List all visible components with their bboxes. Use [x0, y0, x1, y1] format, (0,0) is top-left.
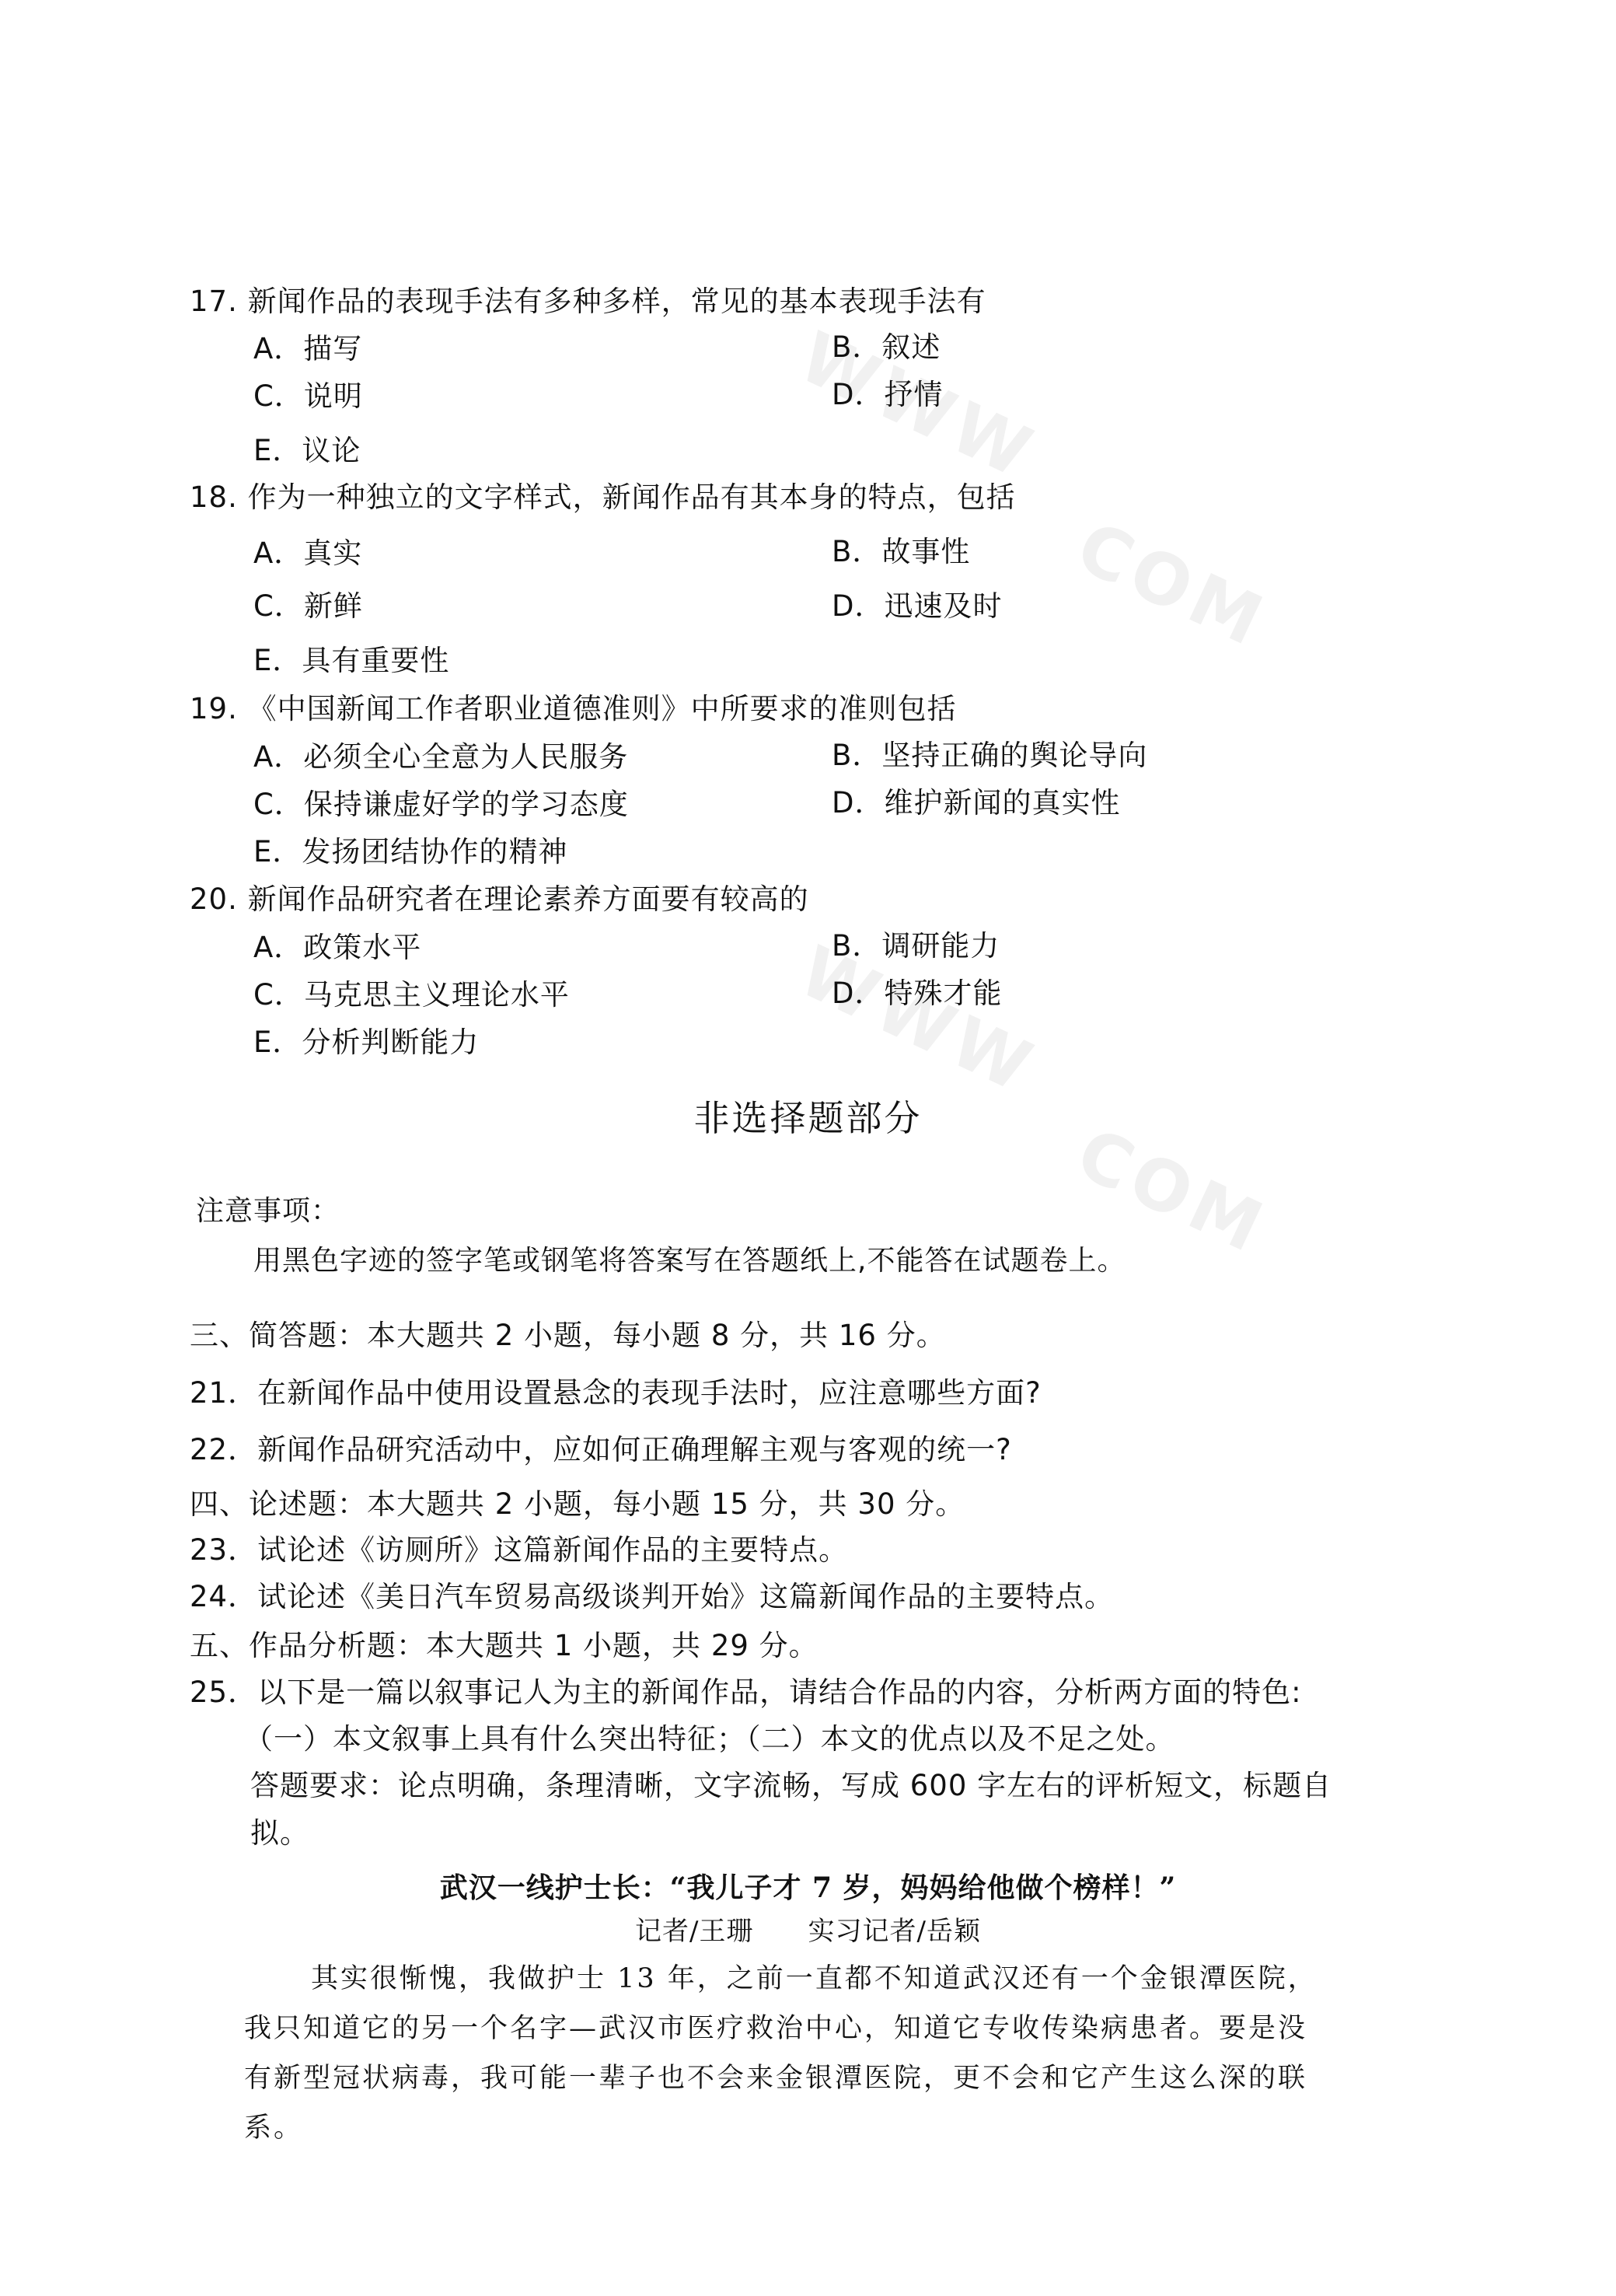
question-text: 作为一种独立的文字样式，新闻作品有其本身的特点，包括: [248, 481, 1016, 514]
question-22: 22．新闻作品研究活动中，应如何正确理解主观与客观的统一?: [190, 1433, 1012, 1467]
question-25-line-3: 答题要求：论点明确，条理清晰，文字流畅，写成 600 字左右的评析短文，标题自: [250, 1769, 1332, 1803]
article-byline: 记者/王珊 实习记者/岳颖: [0, 1915, 1616, 1948]
article-line: 有新型冠状病毒，我可能一辈子也不会来金银潭医院，更不会和它产生这么深的联: [244, 2062, 1307, 2095]
option-c: C．马克思主义理论水平: [253, 978, 570, 1012]
option-d: D．维护新闻的真实性: [832, 786, 1121, 820]
section-title: 非选择题部分: [0, 1096, 1616, 1140]
question-number: 19.: [190, 692, 238, 725]
option-b: B．坚持正确的舆论导向: [832, 739, 1147, 773]
option-e: E．议论: [253, 434, 361, 468]
option-d: D．特殊才能: [832, 977, 1003, 1011]
question-number: 18.: [190, 481, 238, 514]
option-b: B．叙述: [832, 330, 941, 365]
question-25-line-4: 拟。: [250, 1816, 309, 1850]
question-text: 《中国新闻工作者职业道德准则》中所要求的准则包括: [248, 692, 957, 725]
watermark: COM: [1065, 506, 1280, 664]
option-e: E．具有重要性: [253, 644, 449, 678]
option-d: D．抒情: [832, 378, 944, 412]
question-24: 24．试论述《美日汽车贸易高级谈判开始》这篇新闻作品的主要特点。: [190, 1580, 1114, 1614]
section-5-header: 五、作品分析题：本大题共 1 小题，共 29 分。: [190, 1629, 818, 1663]
exam-page: WWW COM WWW COM 17. 新闻作品的表现手法有多种多样，常见的基本…: [0, 0, 1616, 2296]
notice-label: 注意事项：: [196, 1194, 340, 1228]
option-e: E．分析判断能力: [253, 1026, 479, 1060]
notice-text: 用黑色字迹的签字笔或钢笔将答案写在答题纸上,不能答在试题卷上。: [253, 1244, 1126, 1278]
article-line: 其实很惭愧，我做护士 13 年，之前一直都不知道武汉还有一个金银潭医院，: [311, 1962, 1318, 1995]
article-line: 我只知道它的另一个名字—武汉市医疗救治中心，知道它专收传染病患者。要是没: [244, 2012, 1307, 2045]
option-c: C．说明: [253, 379, 363, 414]
option-c: C．新鲜: [253, 589, 363, 624]
question-21: 21．在新闻作品中使用设置悬念的表现手法时，应注意哪些方面?: [190, 1376, 1042, 1410]
question-18: 18. 作为一种独立的文字样式，新闻作品有其本身的特点，包括: [190, 481, 1016, 515]
option-e: E．发扬团结协作的精神: [253, 835, 567, 869]
question-25-line-1: 25．以下是一篇以叙事记人为主的新闻作品，请结合作品的内容，分析两方面的特色:: [190, 1676, 1302, 1710]
article-title: 武汉一线护士长：“我儿子才 7 岁，妈妈给他做个榜样！”: [0, 1871, 1616, 1905]
section-4-header: 四、论述题：本大题共 2 小题，每小题 15 分，共 30 分。: [190, 1487, 965, 1522]
option-b: B．调研能力: [832, 929, 1000, 963]
option-a: A．描写: [253, 332, 362, 366]
option-c: C．保持谦虚好学的学习态度: [253, 788, 629, 822]
question-number: 17.: [190, 285, 238, 318]
section-3-header: 三、简答题：本大题共 2 小题，每小题 8 分，共 16 分。: [190, 1319, 946, 1353]
option-b: B．故事性: [832, 535, 970, 569]
question-23: 23．试论述《访厕所》这篇新闻作品的主要特点。: [190, 1533, 848, 1567]
option-a: A．政策水平: [253, 931, 421, 965]
question-25-line-2: （一）本文叙事上具有什么突出特征；（二）本文的优点以及不足之处。: [244, 1722, 1175, 1756]
question-20: 20. 新闻作品研究者在理论素养方面要有较高的: [190, 882, 809, 917]
article-line: 系。: [244, 2112, 303, 2144]
question-number: 20.: [190, 882, 238, 916]
option-d: D．迅速及时: [832, 589, 1003, 624]
option-a: A．必须全心全意为人民服务: [253, 740, 628, 774]
question-17: 17. 新闻作品的表现手法有多种多样，常见的基本表现手法有: [190, 285, 986, 319]
question-19: 19. 《中国新闻工作者职业道德准则》中所要求的准则包括: [190, 692, 957, 726]
option-a: A．真实: [253, 536, 362, 571]
question-text: 新闻作品的表现手法有多种多样，常见的基本表现手法有: [248, 285, 986, 318]
question-text: 新闻作品研究者在理论素养方面要有较高的: [248, 882, 809, 916]
